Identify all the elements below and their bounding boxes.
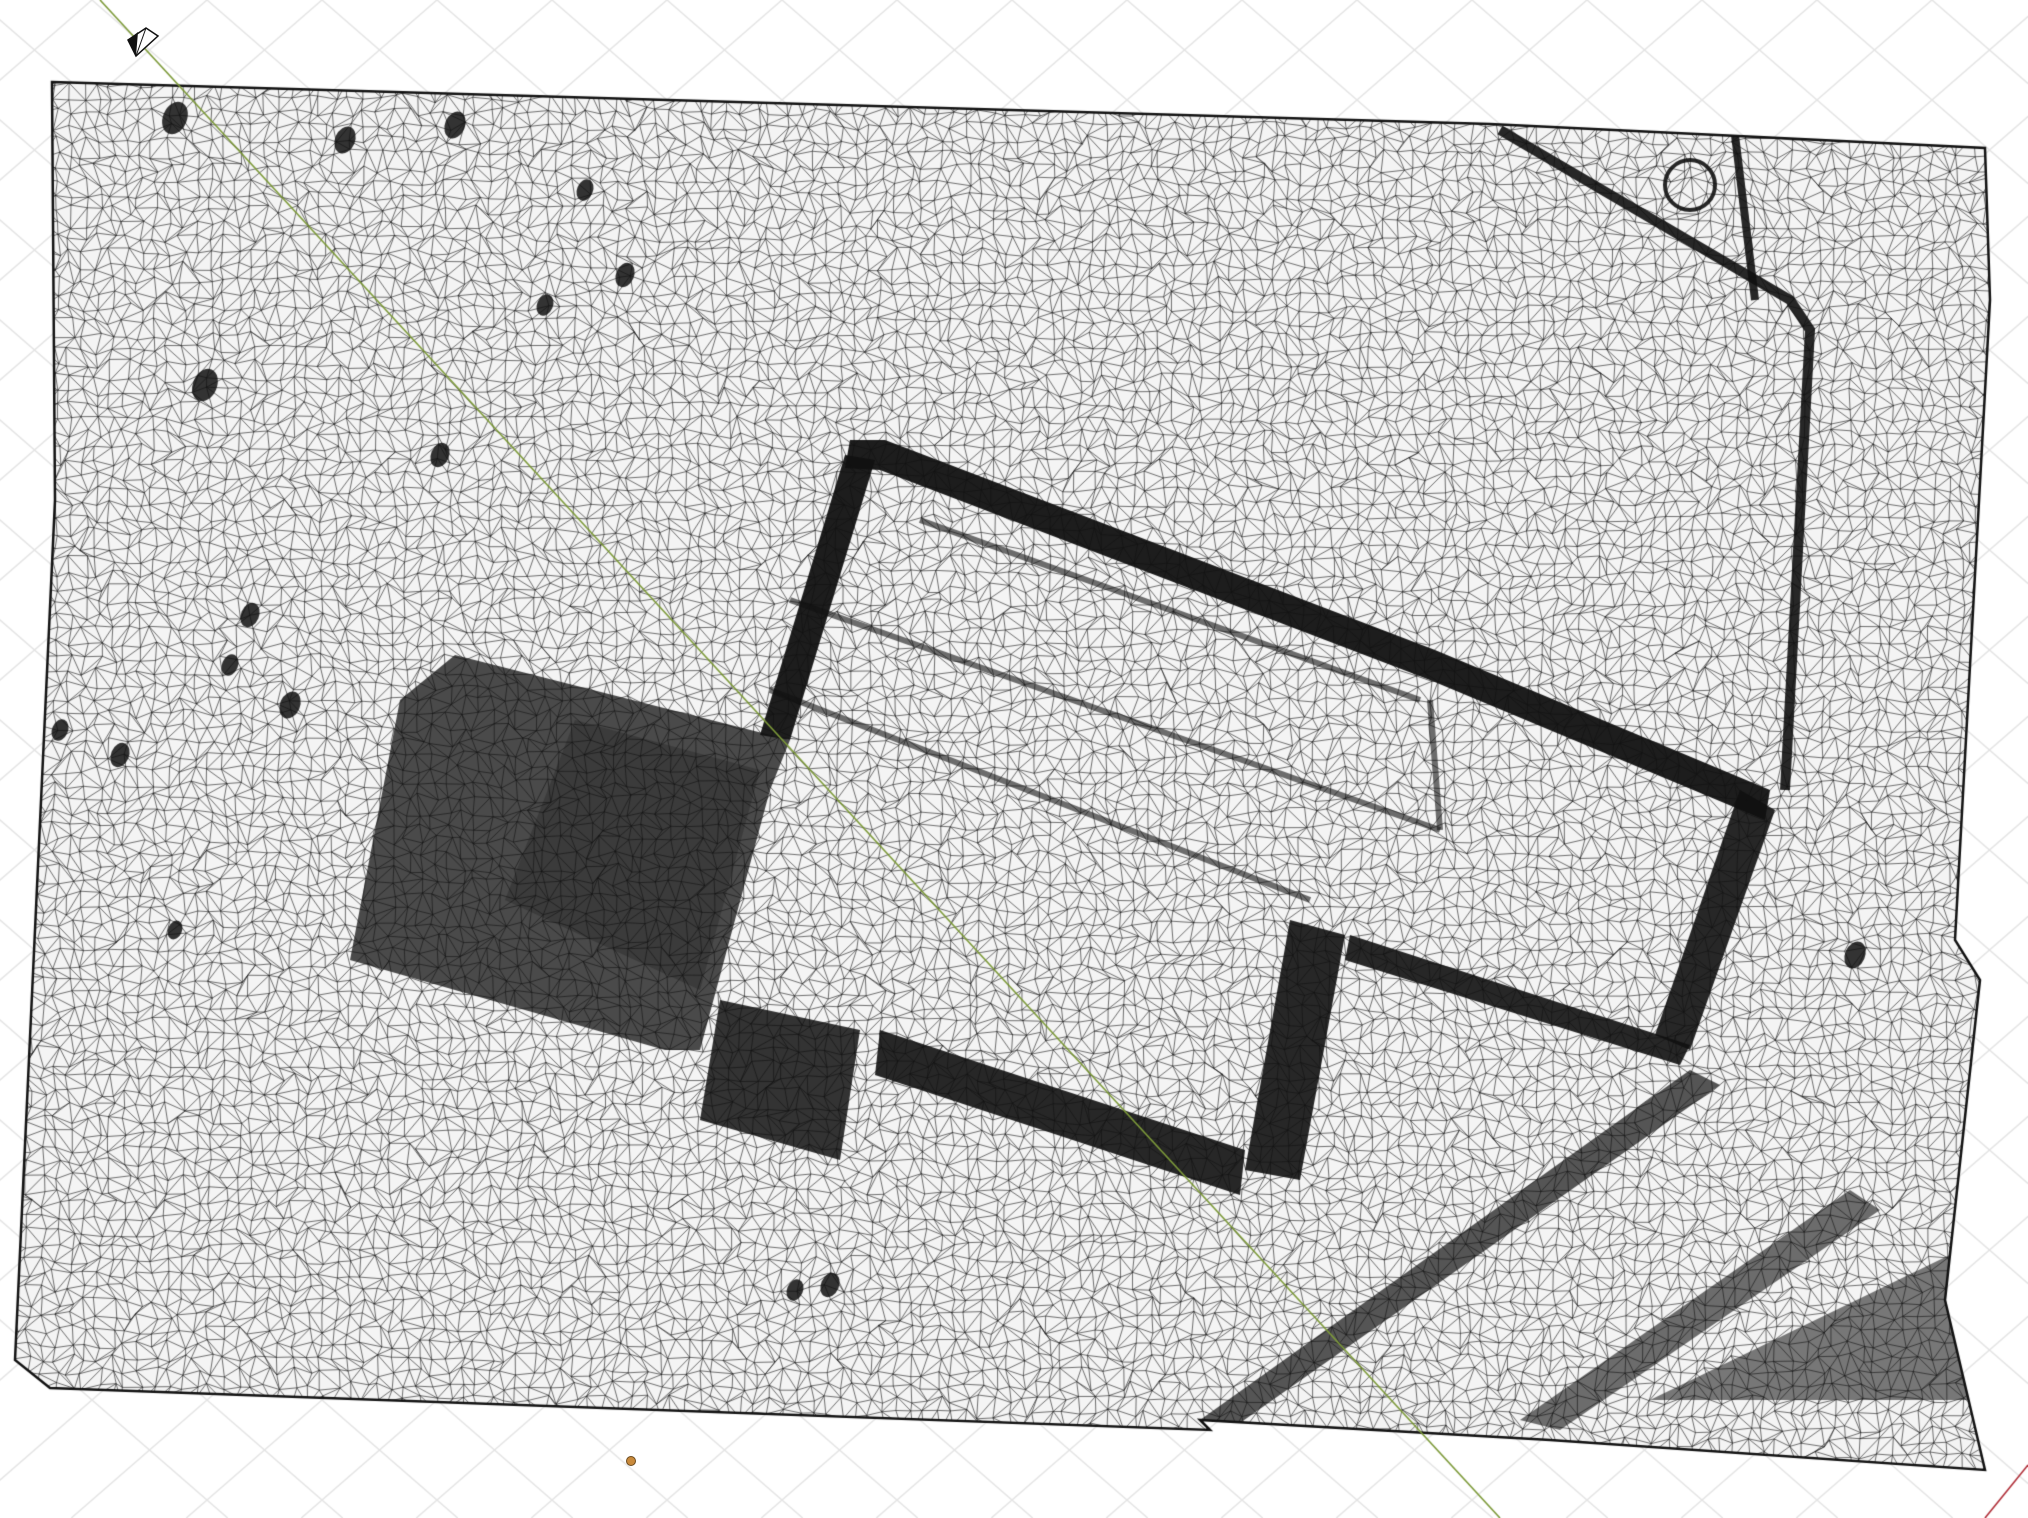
camera-frustum-icon[interactable] (124, 22, 168, 66)
model-axes (0, 0, 2028, 1518)
model-viewport[interactable] (0, 0, 2028, 1518)
origin-point-icon (626, 1456, 636, 1466)
